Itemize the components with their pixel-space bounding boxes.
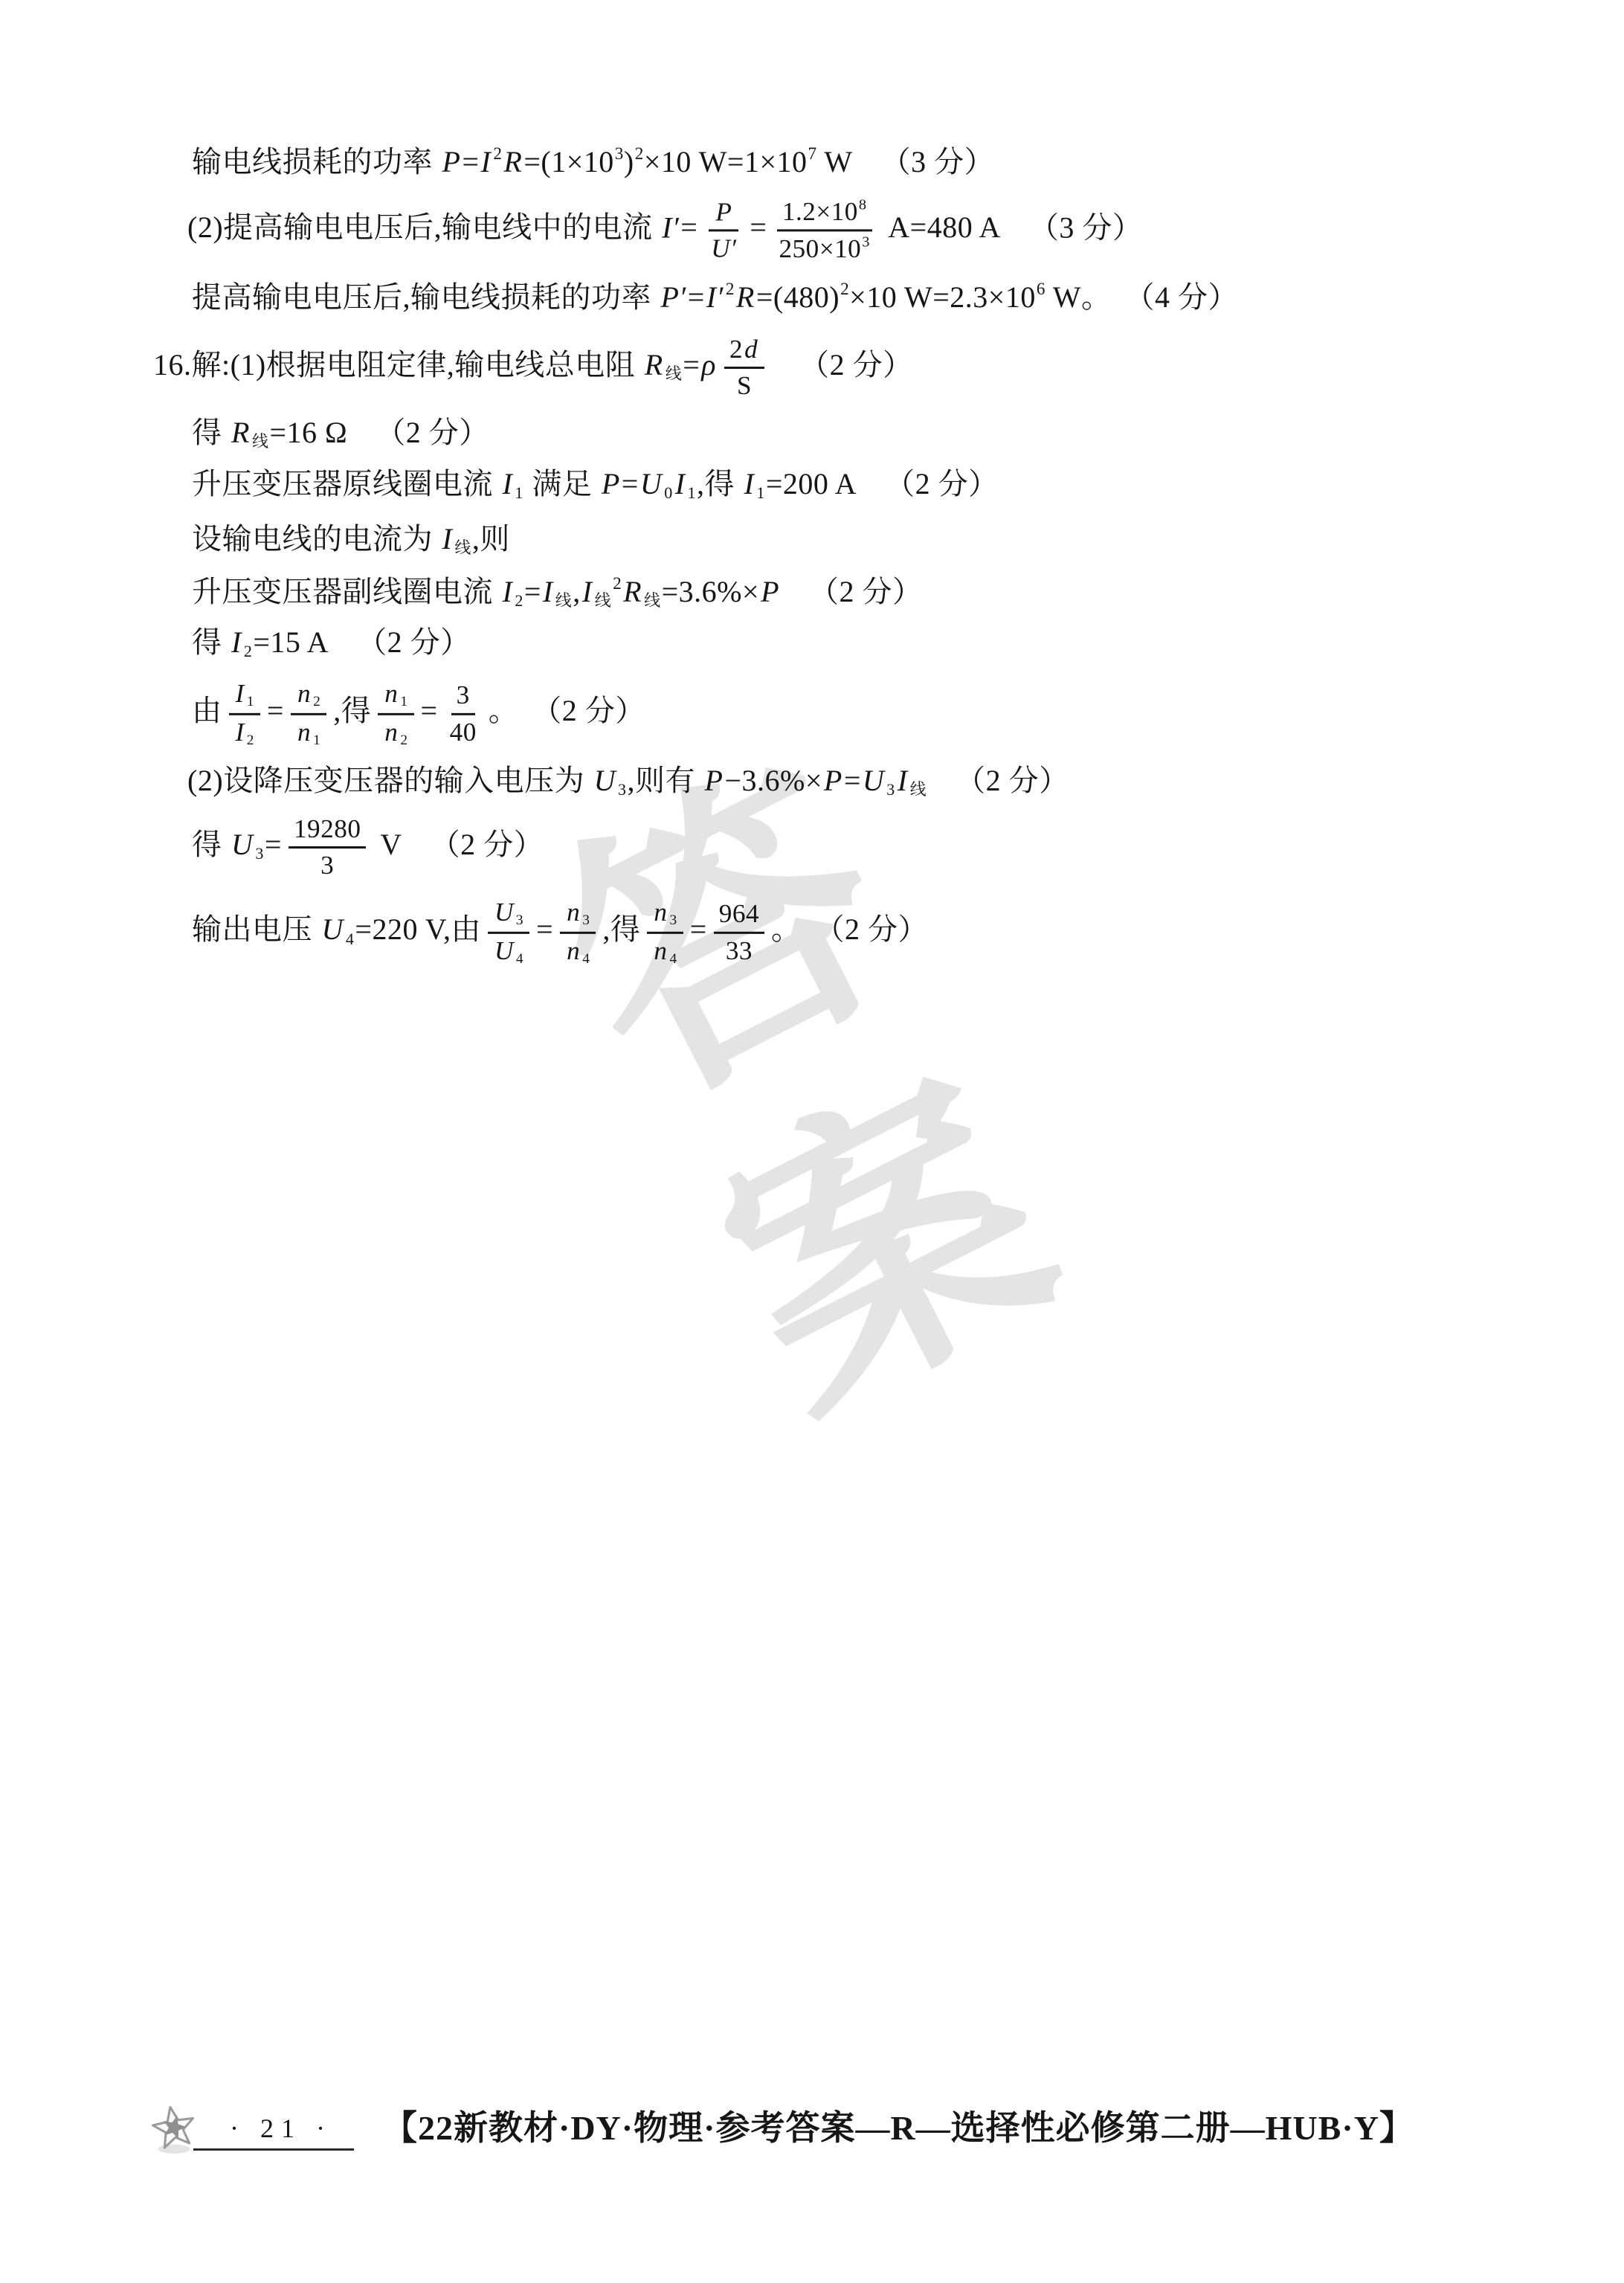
fraction-numerator: 2d: [724, 335, 764, 369]
text-run: =: [750, 210, 767, 244]
text-run: 964: [719, 899, 759, 928]
score-note: （2 分）: [357, 625, 471, 659]
score-note: （2 分）: [799, 348, 913, 381]
score-note: （2 分）: [830, 912, 929, 946]
superscript: 3: [862, 234, 870, 251]
text-run: 满足: [524, 467, 600, 500]
page-number-rule: [193, 2148, 354, 2151]
solution-line-q2-input-voltage: (2)设降压变压器的输入电压为 U3,则有 P−3.6%×P=U3I线（2 分）: [187, 763, 1069, 800]
text-run: 3: [457, 680, 470, 709]
text-run: =: [622, 467, 639, 500]
math-variable: U: [863, 764, 884, 797]
subscript: 1: [313, 732, 320, 748]
subscript: 3: [618, 780, 627, 799]
fraction: 340: [445, 680, 482, 747]
math-variable: P: [442, 145, 461, 178]
text-run: ): [624, 145, 634, 178]
solution-line-define-iline: 设输电线的电流为 I线,则: [192, 521, 510, 558]
superscript: 2: [613, 575, 622, 594]
math-variable: I: [675, 467, 686, 500]
subscript: 1: [247, 694, 254, 709]
text-run: 2: [729, 335, 743, 364]
subscript: 3: [582, 912, 590, 928]
math-variable: P: [761, 575, 779, 608]
fraction-denominator: n1: [291, 715, 326, 750]
fraction-denominator: U4: [488, 934, 529, 968]
math-variable: R: [736, 280, 755, 314]
score-note: （4 分）: [1140, 280, 1239, 314]
subscript: 1: [756, 483, 765, 502]
imprint-text: 【22新教材·DY·物理·参考答案—R—选择性必修第二册—HUB·Y】: [383, 2101, 1414, 2150]
text-run: =: [524, 575, 541, 608]
math-variable: I: [442, 522, 453, 556]
text-run: 得: [192, 416, 230, 449]
solution-line-primary-current: 升压变压器原线圈电流 I1 满足 P=U0I1,得 I1=200 A（2 分）: [192, 466, 999, 503]
math-variable: n: [654, 898, 667, 927]
superscript: 2: [635, 144, 644, 164]
superscript: 2: [726, 280, 735, 299]
solution-line-i2-value: 得 I2=15 A（2 分）: [192, 625, 471, 662]
text-run: ,得: [602, 912, 640, 946]
text-run: ×10 W=1×10: [644, 145, 808, 178]
fraction-denominator: 3: [315, 849, 339, 881]
subscript: 2: [515, 591, 523, 610]
text-run: 输电线损耗的功率: [192, 145, 441, 178]
text-run: =: [267, 694, 284, 727]
math-variable: n: [567, 898, 580, 927]
subscript: 3: [255, 844, 264, 863]
math-variable: ρ: [701, 348, 716, 381]
text-run: (2)设降压变压器的输入电压为: [187, 764, 593, 797]
fraction: U3U4: [488, 898, 529, 967]
math-variable: U: [231, 828, 253, 861]
text-run: A=480 A: [882, 210, 1001, 244]
math-variable: n: [297, 718, 311, 747]
math-variable: I: [236, 718, 245, 747]
fraction-numerator: 3: [451, 680, 475, 715]
score-note: （2 分）: [376, 416, 489, 449]
text-run: ,: [573, 575, 581, 608]
text-run: ,得: [697, 467, 743, 500]
solution-line-turns-ratio-1: 由I1I2=n2n1,得n1n2=340。（2 分）: [192, 679, 645, 749]
math-variable: I: [503, 467, 513, 500]
subscript: 1: [515, 483, 523, 502]
math-variable: U: [322, 912, 344, 946]
math-variable: U′: [711, 234, 736, 263]
fraction-numerator: 19280: [289, 814, 366, 849]
math-variable: d: [744, 335, 758, 364]
math-variable: R: [623, 575, 642, 608]
solution-line-power-loss: 输电线损耗的功率 P=I2R=(1×103)2×10 W=1×107 W（3 分…: [192, 144, 994, 180]
fraction-denominator: 40: [445, 715, 482, 747]
math-variable: I′: [706, 280, 724, 314]
text-run: ,则有: [628, 764, 703, 797]
subscript: 线: [555, 591, 573, 610]
text-run: W: [817, 145, 853, 178]
text-run: =: [680, 210, 697, 244]
math-variable: I: [481, 145, 492, 178]
fraction-numerator: n3: [647, 898, 683, 934]
fraction-numerator: n3: [560, 898, 596, 934]
text-run: 。: [489, 694, 519, 727]
math-variable: n: [567, 936, 580, 965]
fraction: 96433: [714, 899, 764, 966]
subscript: 线: [595, 591, 612, 610]
text-run: 33: [726, 936, 753, 965]
text-run: V: [373, 828, 402, 861]
solution-line-q16-resistance: 16.解:(1)根据电阻定律,输电线总电阻 R线=ρ2dS（2 分）: [153, 335, 913, 402]
math-variable: I: [744, 467, 755, 500]
solution-line-u3-value: 得 U3=192803 V（2 分）: [192, 814, 544, 881]
text-run: (2)提高输电电压后,输电线中的电流: [187, 210, 660, 244]
fraction-denominator: 33: [721, 934, 758, 966]
superscript: 2: [493, 144, 502, 164]
fraction: 192803: [289, 814, 366, 881]
text-run: =3.6%×: [662, 575, 759, 608]
fraction-denominator: I2: [229, 715, 260, 750]
math-variable: I: [231, 625, 242, 659]
math-variable: I′: [662, 210, 679, 244]
subscript: 4: [670, 951, 677, 967]
solution-line-turns-ratio-2: 输出电压 U4=220 V,由U3U4=n3n4,得n3n4=96433。（2 …: [192, 898, 928, 967]
math-variable: n: [297, 679, 311, 708]
fraction: PU′: [704, 197, 743, 264]
fraction: 1.2×108250×103: [773, 196, 875, 264]
fraction-numerator: U3: [488, 898, 529, 934]
score-note: （3 分）: [881, 145, 995, 178]
superscript: 2: [840, 280, 849, 299]
score-note: （2 分）: [809, 575, 923, 608]
text-run: 提高输电电压后,输电线损耗的功率: [192, 280, 660, 314]
text-run: 40: [450, 718, 477, 747]
text-run: =: [265, 828, 282, 861]
math-variable: n: [384, 718, 398, 747]
text-run: 250×10: [779, 234, 861, 263]
solution-line-current-after: (2)提高输电电压后,输电线中的电流 I′=PU′=1.2×108250×103…: [187, 196, 1142, 264]
text-run: ,则: [472, 522, 510, 556]
subscript: 2: [247, 732, 254, 748]
math-variable: n: [384, 679, 398, 708]
score-note: （2 分）: [431, 828, 544, 861]
text-run: 升压变压器原线圈电流: [192, 467, 501, 500]
page-number: · 21 ·: [207, 2113, 355, 2144]
text-run: =220 V,由: [355, 912, 481, 946]
fraction: n3n4: [560, 898, 596, 967]
text-run: =: [421, 694, 438, 727]
text-run: 3: [320, 851, 334, 880]
subscript: 1: [400, 694, 407, 709]
fraction-denominator: S: [732, 370, 757, 402]
superscript: 3: [615, 144, 624, 164]
math-variable: P′: [661, 280, 686, 314]
solution-line-r-value: 得 R线=16 Ω（2 分）: [192, 415, 489, 452]
text-run: 输出电压: [192, 912, 320, 946]
math-variable: I: [236, 679, 245, 708]
math-variable: I: [898, 764, 908, 797]
math-variable: U: [594, 764, 616, 797]
subscript: 4: [516, 951, 523, 967]
fraction: n2n1: [291, 679, 326, 749]
fraction-denominator: n4: [647, 934, 683, 968]
superscript: 6: [1037, 280, 1045, 299]
text-run: =: [683, 348, 700, 381]
subscript: 3: [886, 780, 895, 799]
subscript: 线: [454, 538, 471, 557]
subscript: 3: [516, 912, 523, 928]
math-variable: P: [824, 764, 842, 797]
text-run: =15 A: [253, 625, 329, 659]
text-run: 16.解:(1)根据电阻定律,输电线总电阻: [153, 348, 643, 381]
math-variable: R: [503, 145, 522, 178]
fraction-numerator: I1: [229, 679, 260, 715]
superscript: 7: [808, 144, 817, 164]
fraction: n1n2: [378, 679, 413, 749]
score-note: （2 分）: [547, 694, 645, 727]
text-run: =(1×10: [523, 145, 613, 178]
subscript: 2: [313, 694, 320, 709]
score-note: （2 分）: [956, 764, 1069, 797]
text-run: =: [844, 764, 861, 797]
math-variable: P: [715, 197, 732, 226]
text-run: 1.2×10: [782, 197, 858, 226]
solution-line-secondary-current: 升压变压器副线圈电流 I2=I线,I线2R线=3.6%×P（2 分）: [192, 574, 923, 611]
text-run: 得: [192, 828, 230, 861]
score-note: （2 分）: [885, 467, 999, 500]
subscript: 线: [666, 364, 683, 383]
text-run: 。: [771, 912, 802, 946]
subscript: 4: [582, 951, 590, 967]
text-run: =(480): [756, 280, 840, 314]
text-run: =: [690, 912, 707, 946]
subscript: 线: [644, 591, 661, 610]
superscript: 8: [859, 196, 867, 213]
fraction: 2dS: [724, 335, 764, 402]
math-variable: P: [602, 467, 620, 500]
math-variable: I: [582, 575, 593, 608]
text-run: 19280: [294, 814, 361, 843]
math-variable: P: [705, 764, 724, 797]
fraction-numerator: 1.2×108: [777, 196, 872, 231]
text-run: =: [688, 280, 705, 314]
fraction-denominator: n2: [378, 715, 413, 750]
text-run: S: [737, 372, 752, 401]
math-variable: I: [543, 575, 553, 608]
star-logo-icon: [149, 2103, 199, 2155]
fraction-denominator: U′: [704, 232, 743, 264]
math-variable: R: [231, 416, 250, 449]
fraction-numerator: P: [709, 197, 738, 231]
text-run: =16 Ω: [269, 416, 347, 449]
fraction-numerator: 964: [714, 899, 764, 933]
math-variable: U: [494, 936, 514, 965]
text-run: 设输电线的电流为: [192, 522, 441, 556]
solution-content: 输电线损耗的功率 P=I2R=(1×103)2×10 W=1×107 W（3 分…: [0, 0, 1624, 2283]
math-variable: R: [645, 348, 663, 381]
math-variable: I: [503, 575, 513, 608]
text-run: 得: [192, 625, 230, 659]
fraction-denominator: n4: [560, 934, 596, 968]
subscript: 2: [244, 642, 253, 660]
subscript: 2: [400, 732, 407, 748]
subscript: 3: [670, 912, 677, 928]
subscript: 4: [346, 929, 355, 947]
solution-line-loss-after: 提高输电电压后,输电线损耗的功率 P′=I′2R=(480)2×10 W=2.3…: [192, 280, 1238, 315]
math-variable: U: [640, 467, 662, 500]
text-run: 升压变压器副线圈电流: [192, 575, 501, 608]
subscript: 线: [910, 780, 927, 799]
fraction-numerator: n1: [378, 679, 413, 715]
text-run: =: [462, 145, 479, 178]
math-variable: U: [494, 898, 514, 927]
text-run: 由: [192, 694, 222, 727]
text-run: =: [536, 912, 553, 946]
text-run: =200 A: [766, 467, 857, 500]
score-note: （3 分）: [1029, 210, 1143, 244]
fraction: I1I2: [229, 679, 260, 749]
subscript: 1: [688, 483, 697, 502]
text-run: W。: [1045, 280, 1112, 314]
fraction-numerator: n2: [291, 679, 326, 715]
math-variable: n: [654, 936, 667, 965]
subscript: 线: [252, 432, 269, 451]
text-run: −3.6%×: [724, 764, 822, 797]
text-run: ,得: [333, 694, 371, 727]
answer-sheet-page: { "page": { "background": "#ffffff", "te…: [0, 0, 1624, 2283]
fraction-denominator: 250×103: [773, 232, 875, 265]
fraction: n3n4: [647, 898, 683, 967]
text-run: ×10 W=2.3×10: [849, 280, 1036, 314]
subscript: 0: [664, 483, 673, 502]
